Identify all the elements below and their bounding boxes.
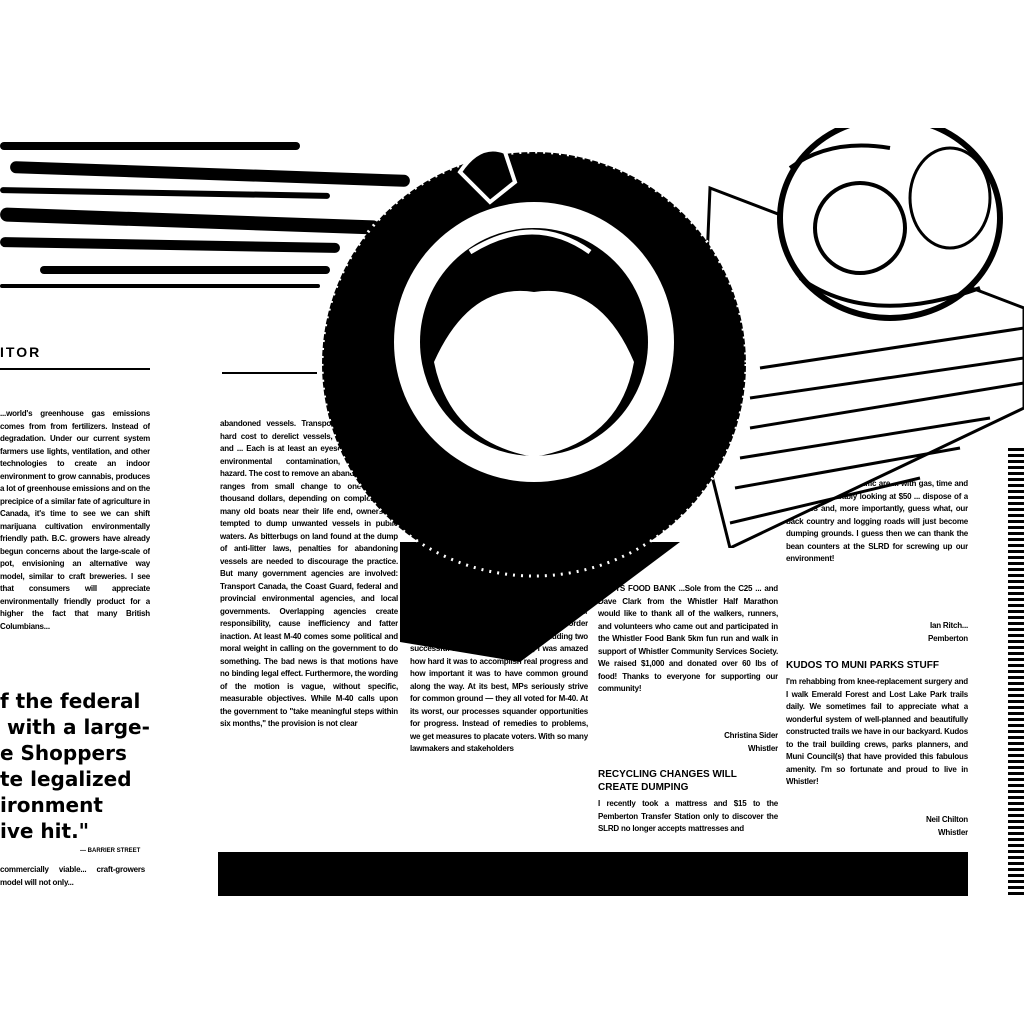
recycling-headline: RECYCLING CHANGES WILL CREATE DUMPING (598, 768, 778, 794)
muni-headline: KUDOS TO MUNI PARKS STUFF (786, 660, 968, 671)
article-column-left: ...world's greenhouse gas emissions come… (0, 408, 150, 670)
letter-signature: Christina Sider Whistler (690, 730, 778, 756)
letter-signature: Ian Ritch... Pemberton (880, 620, 968, 646)
newspaper-photo-strip (218, 852, 968, 896)
letter-signature: Neil Chilton Whistler (880, 814, 968, 840)
pull-quote: f the federal with a large- e Shoppers t… (0, 688, 150, 844)
coffee-cup-icon (320, 142, 760, 662)
muni-letter-body: I'm rehabbing from knee-replacement surg… (786, 676, 968, 816)
masthead-fragment: ITOR (0, 344, 41, 360)
recycling-letter-body: I recently took a mattress and $15 to th… (598, 798, 778, 848)
article-column-left-bottom: commercially viable... craft-growers mod… (0, 864, 145, 896)
header-rule (222, 372, 317, 374)
pull-quote-attribution: — BARRIER STREET (80, 848, 140, 854)
header-rule (0, 368, 150, 370)
illustration-scene: ITOR ...world's greenhouse gas emissions… (0, 128, 1024, 896)
